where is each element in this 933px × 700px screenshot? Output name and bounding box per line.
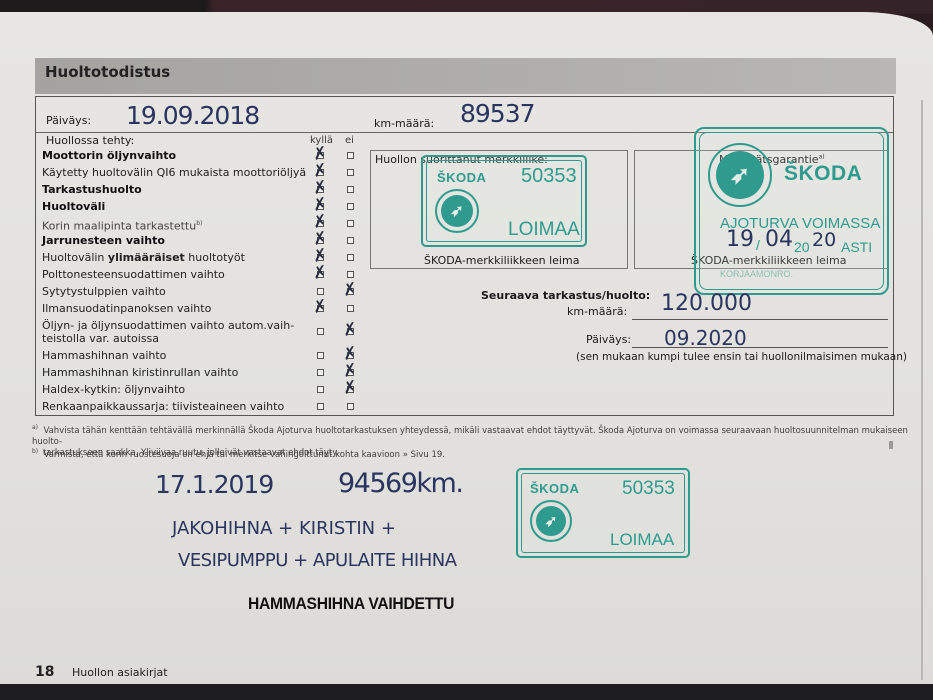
task-label: Huoltovälin ylimääräiset huoltotyöt [42, 251, 245, 264]
background-bottom [0, 684, 933, 700]
entry-line-2[interactable]: VESIPUMPPU + APULAITE HIHNA [178, 550, 457, 571]
checkbox-no[interactable] [347, 152, 354, 159]
task-label: Käytetty huoltovälin QI6 mukaista mootto… [42, 166, 306, 179]
valid-year[interactable]: 20 [812, 229, 836, 251]
checkbox-yes[interactable] [317, 288, 324, 295]
task-label: Renkaanpaikkaussarja: tiivisteaineen vai… [42, 400, 284, 413]
checkbox-no[interactable] [347, 237, 354, 244]
skoda-logo-icon: ➶ [708, 143, 772, 207]
task-label: Öljyn- ja öljynsuodattimen vaihto autom.… [42, 319, 294, 345]
task-label: Sytytystulppien vaihto [42, 285, 166, 298]
task-label: Korin maalipinta tarkastettub) [42, 217, 202, 233]
task-label: Ilmansuodatinpanoksen vaihto [42, 302, 211, 315]
valid-month[interactable]: 04 [765, 227, 793, 252]
checkbox-no[interactable] [347, 203, 354, 210]
task-label: Tarkastushuolto [42, 183, 142, 196]
entry-stamp-city: LOIMAA [610, 530, 674, 550]
task-label: Polttonesteensuodattimen vaihto [42, 268, 225, 281]
next-km-label: km-määrä: [567, 305, 627, 318]
checkbox-no[interactable] [347, 186, 354, 193]
checkbox-yes[interactable] [317, 352, 324, 359]
entry-line-1[interactable]: JAKOHIHNA + KIRISTIN + [172, 518, 396, 539]
stamp-city: LOIMAA [508, 219, 580, 241]
dealer-stamp: ŠKODA 50353 ➶ LOIMAA [421, 155, 587, 247]
asti-text: ASTI [841, 239, 872, 255]
task-label: Haldex-kytkin: öljynvaihto [42, 383, 185, 396]
checkbox-no[interactable] [347, 403, 354, 410]
task-label: Moottorin öljynvaihto [42, 149, 176, 162]
mobility-stamp: ➶ ŠKODA AJOTURVA VOIMASSA 19 / 04 20 20 … [694, 127, 889, 295]
entry-stamp-number: 50353 [622, 478, 675, 500]
check-mark-icon: ✗ [342, 379, 359, 398]
valid-day[interactable]: 19 [726, 227, 754, 252]
skoda-logo-icon: ➶ [530, 500, 572, 542]
entry-stamp: ŠKODA 50353 ➶ LOIMAA [516, 468, 690, 558]
next-km-value[interactable]: 120.000 [661, 291, 752, 316]
page-section-title: Huollon asiakirjat [72, 666, 168, 679]
km-value[interactable]: 89537 [460, 99, 535, 128]
entry-date[interactable]: 17.1.2019 [155, 470, 273, 499]
column-no: ei [345, 135, 354, 146]
stamp-number: 50353 [521, 165, 577, 188]
date-label: Päiväys: [46, 114, 91, 127]
check-mark-icon: ✗ [342, 281, 359, 300]
faded-workshop-text: KORJAAMONRO. [720, 269, 793, 279]
checkbox-no[interactable] [347, 305, 354, 312]
next-service-title: Seuraava tarkastus/huolto: [481, 289, 650, 302]
checkbox-yes[interactable] [317, 403, 324, 410]
checkbox-no[interactable] [347, 254, 354, 261]
km-label: km-määrä: [374, 117, 434, 130]
next-date-label: Päiväys: [586, 333, 631, 346]
next-service-note: (sen mukaan kumpi tulee ensin tai huollo… [576, 351, 907, 363]
task-label: Hammashihnan kiristinrullan vaihto [42, 366, 238, 379]
check-mark-icon: ✗ [342, 321, 359, 340]
task-label: Hammashihnan vaihto [42, 349, 166, 362]
checkbox-no[interactable] [347, 271, 354, 278]
checkbox-yes[interactable] [317, 386, 324, 393]
checkbox-yes[interactable] [317, 369, 324, 376]
check-mark-icon: ✗ [312, 264, 329, 283]
rubber-stamp-text: HAMMASHIHNA VAIHDETTU [248, 594, 454, 614]
page-spine [921, 100, 923, 680]
entry-km[interactable]: 94569km. [338, 468, 462, 499]
task-label: Huoltoväli [42, 200, 105, 213]
checkbox-no[interactable] [347, 169, 354, 176]
checklist-title: Huollossa tehty: [46, 134, 134, 147]
task-label: Jarrunesteen vaihto [42, 234, 165, 247]
checkbox-yes[interactable] [317, 328, 324, 335]
service-form: Päiväys: 19.09.2018 km-määrä: 89537 Huol… [35, 96, 894, 416]
footnote-b: b) Varmista, että korin ruostesuoja on e… [32, 446, 445, 461]
check-mark-icon: ✗ [312, 298, 329, 317]
page-marker [889, 441, 893, 449]
entry-stamp-brand: ŠKODA [530, 481, 579, 496]
date-value[interactable]: 19.09.2018 [126, 101, 259, 130]
mobility-stamp-brand: ŠKODA [784, 162, 862, 186]
stamp-brand: ŠKODA [437, 170, 486, 185]
page-number: 18 [35, 664, 54, 680]
dealer-caption: ŠKODA-merkkiliikkeen leima [424, 254, 579, 267]
checkbox-no[interactable] [347, 220, 354, 227]
skoda-logo-icon: ➶ [435, 189, 479, 233]
section-title: Huoltotodistus [35, 58, 896, 94]
